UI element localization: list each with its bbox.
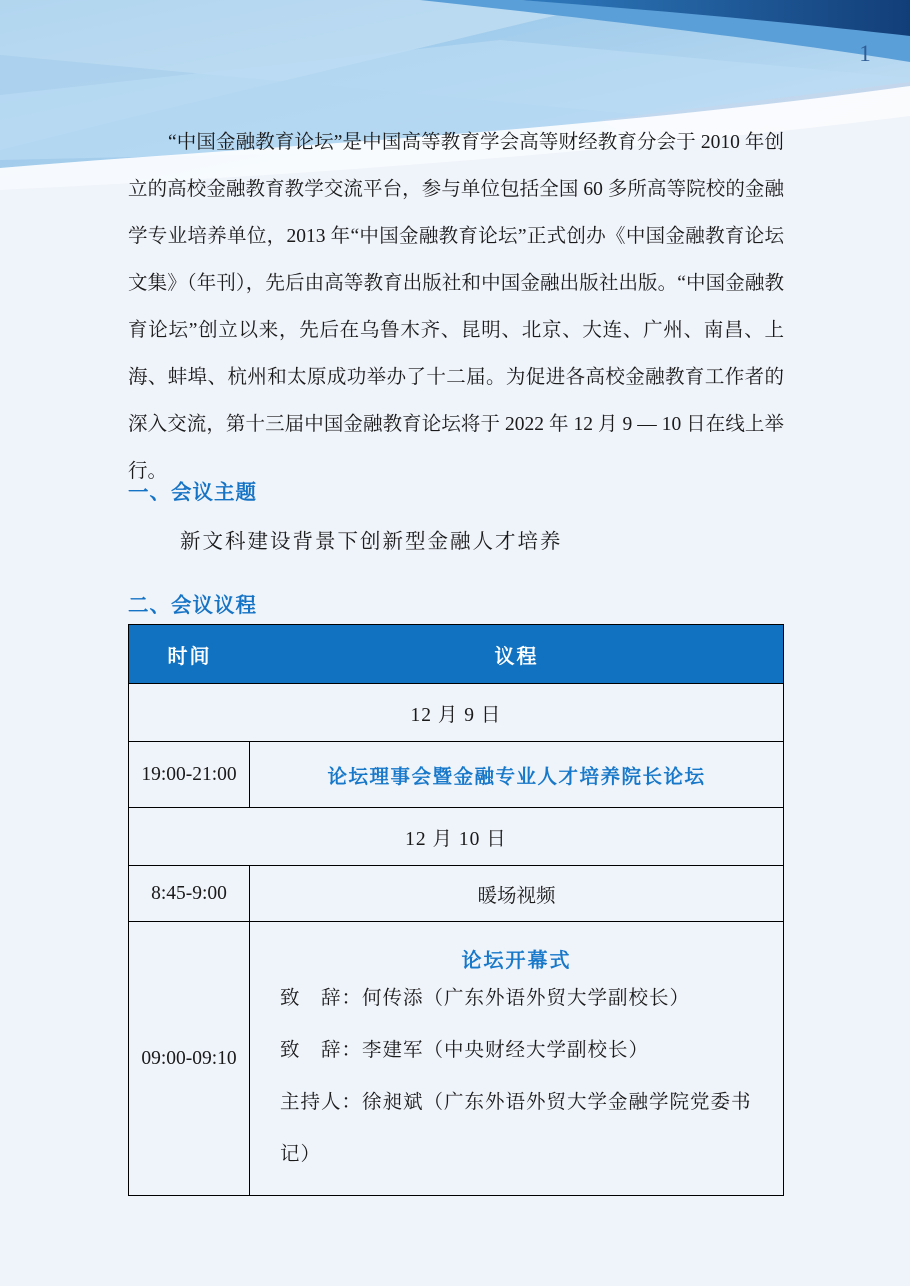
- agenda-table-row: 12 月 10 日: [129, 808, 784, 866]
- session-line: 主持人：徐昶斌（广东外语外贸大学金融学院党委书记）: [280, 1077, 773, 1181]
- session-title: 论坛开幕式: [280, 944, 753, 973]
- agenda-time-cell: 8:45-9:00: [129, 866, 250, 922]
- agenda-item-cell: 暖场视频: [250, 866, 784, 922]
- agenda-time-cell: 09:00-09:10: [129, 922, 250, 1196]
- page-number: 1: [850, 41, 880, 67]
- agenda-date-cell: 12 月 9 日: [129, 684, 784, 742]
- section-heading-theme: 一、会议主题: [128, 475, 257, 505]
- intro-paragraph: “中国金融教育论坛”是中国高等教育学会高等财经教育分会于 2010 年创立的高校…: [128, 119, 784, 495]
- agenda-table-row: 09:00-09:10论坛开幕式致 辞：何传添（广东外语外贸大学副校长）致 辞：…: [129, 922, 784, 1196]
- agenda-table: 时间 议程 12 月 9 日19:00-21:00论坛理事会暨金融专业人才培养院…: [128, 624, 784, 1196]
- agenda-time-cell: 19:00-21:00: [129, 742, 250, 808]
- agenda-date-cell: 12 月 10 日: [129, 808, 784, 866]
- conference-theme-text: 新文科建设背景下创新型金融人才培养: [180, 524, 563, 554]
- agenda-session-cell: 论坛开幕式致 辞：何传添（广东外语外贸大学副校长）致 辞：李建军（中央财经大学副…: [250, 922, 784, 1196]
- column-header-agenda: 议程: [250, 640, 783, 669]
- agenda-table-header-row: 时间 议程: [129, 625, 784, 684]
- column-header-time: 时间: [129, 640, 250, 669]
- section-heading-agenda: 二、会议议程: [128, 588, 257, 618]
- agenda-item-cell: 论坛理事会暨金融专业人才培养院长论坛: [250, 742, 784, 808]
- session-line: 致 辞：何传添（广东外语外贸大学副校长）: [280, 973, 773, 1025]
- agenda-table-row: 12 月 9 日: [129, 684, 784, 742]
- agenda-table-row: 19:00-21:00论坛理事会暨金融专业人才培养院长论坛: [129, 742, 784, 808]
- session-line: 致 辞：李建军（中央财经大学副校长）: [280, 1025, 773, 1077]
- agenda-table-row: 8:45-9:00暖场视频: [129, 866, 784, 922]
- document-page: 1 “中国金融教育论坛”是中国高等教育学会高等财经教育分会于 2010 年创立的…: [0, 0, 910, 1286]
